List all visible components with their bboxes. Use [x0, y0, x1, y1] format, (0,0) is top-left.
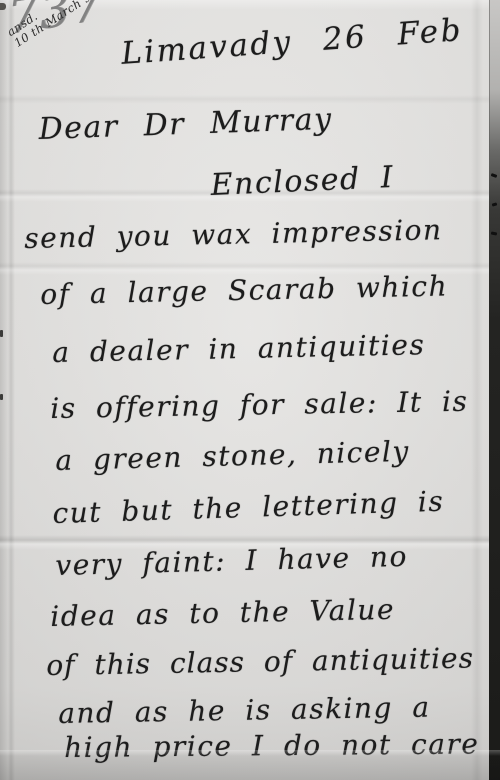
letter-line: send you wax impression — [24, 213, 443, 255]
letter-line: Enclosed I — [210, 160, 395, 203]
salutation: Dear Dr Murray — [38, 102, 333, 147]
ink-speck — [0, 330, 3, 337]
ink-speck — [0, 3, 6, 10]
ink-speck — [0, 394, 3, 400]
letter-line: a green stone, nicely — [55, 435, 410, 477]
letter-line: of this class of antiquities — [46, 642, 474, 682]
scan-edge-bottom — [0, 750, 500, 780]
dateline: Limavady 26 Feb 97 — [120, 7, 500, 72]
letter-line: idea as to the Value — [50, 593, 395, 633]
scan-edge-right — [489, 0, 500, 780]
letter-line: and as he is asking a — [58, 691, 431, 730]
letter-line: a dealer in antiquities — [52, 328, 426, 369]
letter-line: very faint: I have no — [55, 540, 408, 582]
letter-scan: 737 ansd. 10 th March 97 Limavady 26 Feb… — [0, 0, 500, 780]
letter-line: of a large Scarab which — [40, 269, 448, 311]
letter-line: cut but the lettering is — [52, 485, 445, 530]
letter-line: is offering for sale: It is — [50, 385, 469, 425]
